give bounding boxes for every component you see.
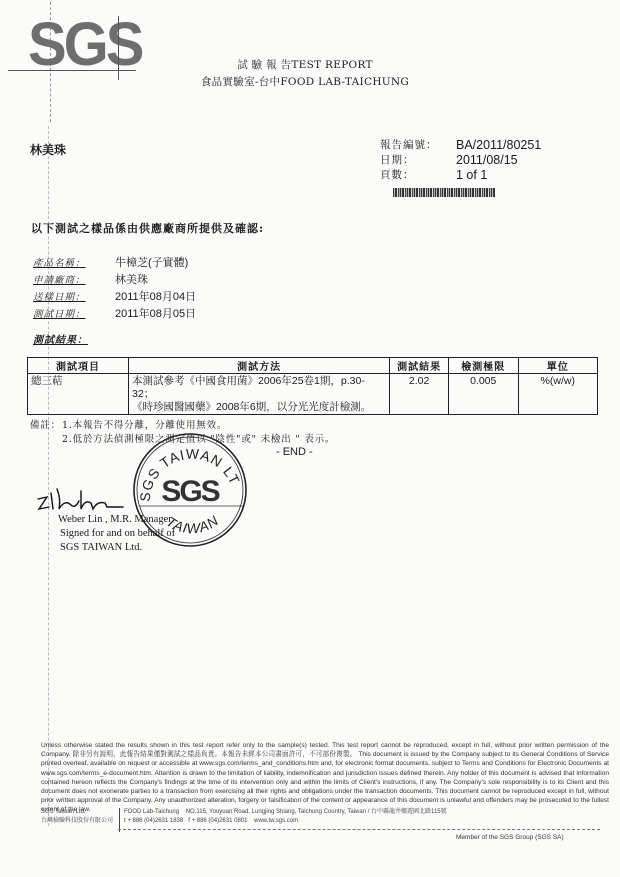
meta-value: 2011/08/15 [456, 153, 518, 167]
logo-rule [8, 70, 136, 71]
handwritten-signature [35, 485, 130, 515]
field-applicant: 申請廠商： 林美珠 [33, 270, 196, 287]
meta-label: 報告編號： [380, 137, 456, 152]
meta-value: BA/2011/80251 [456, 138, 541, 152]
logo-rule-vertical [118, 16, 119, 80]
field-label: 送樣日期： [33, 292, 86, 303]
cell-limit: 0.005 [448, 374, 518, 415]
field-value: 2011年08月05日 [115, 305, 196, 321]
signer-name: Weber Lin , M.R. Manager [58, 513, 175, 527]
footer-fax: f + 886 (04)2631 0801 [188, 818, 247, 824]
table-header-row: 測試項目 測試方法 測試結果 檢測極限 單位 [28, 358, 598, 374]
group-membership: Member of the SGS Group (SGS SA) [456, 834, 564, 841]
field-product-name: 產品名稱： 牛樟芝(子實體) [33, 253, 196, 270]
cell-unit: %(w/w) [518, 374, 598, 415]
sample-fields: 產品名稱： 牛樟芝(子實體) 申請廠商： 林美珠 送樣日期： 2011年08月0… [33, 253, 196, 321]
field-label: 產品名稱： [33, 258, 86, 269]
cell-result: 2.02 [390, 374, 449, 415]
field-value: 林美珠 [115, 271, 148, 287]
report-meta: 報告編號： BA/2011/80251 日期： 2011/08/15 頁數： 1… [380, 137, 541, 182]
table-row: 總三萜 本測試參考《中國食用菌》2006年25卷1期，p.30-32； 《時珍國… [28, 374, 598, 415]
meta-date: 日期： 2011/08/15 [380, 152, 541, 167]
barcode [393, 188, 495, 197]
field-label: 申請廠商： [33, 275, 86, 286]
field-value: 2011年08月04日 [115, 288, 196, 304]
results-heading: 測試結果： [33, 331, 88, 346]
end-mark: - END - [276, 446, 313, 458]
remark-item: 1.本報告不得分離，分離使用無效。 [62, 420, 227, 431]
col-test-item: 測試項目 [28, 358, 129, 374]
footer-lab: FOOD Lab-Taichung [124, 809, 179, 815]
method-line: 《時珍國醫國藥》2008年6期，以分光光度計檢測。 [132, 401, 386, 414]
field-test-date: 測試日期： 2011年08月05日 [33, 304, 196, 321]
meta-report-number: 報告編號： BA/2011/80251 [380, 137, 541, 152]
intro-statement: 以下測試之樣品係由供應廠商所提供及確認: [31, 220, 264, 236]
signer-behalf: Signed for and on behalf of [58, 527, 175, 541]
field-value: 牛樟芝(子實體) [115, 254, 188, 270]
field-label: 測試日期： [33, 309, 86, 320]
footer-rule [118, 829, 600, 830]
col-result: 測試結果 [390, 358, 449, 374]
stamp-center-logo: SGS [161, 475, 219, 508]
col-unit: 單位 [518, 358, 598, 374]
report-title: 試 驗 報 告TEST REPORT 食品實驗室-台中FOOD LAB-TAIC… [200, 57, 410, 91]
footer-address: NO.115, Youyuan Road, Lungjing Shiang, T… [186, 809, 447, 815]
remarks-label: 備註： [30, 419, 62, 433]
signer-company: SGS TAIWAN Ltd. [58, 541, 175, 555]
recipient-name: 林美珠 [30, 141, 66, 158]
legal-disclaimer: Unless otherwise stated the results show… [41, 741, 609, 815]
col-detection-limit: 檢測極限 [448, 358, 518, 374]
cell-method: 本測試參考《中國食用菌》2006年25卷1期，p.30-32； 《時珍國醫國藥》… [129, 374, 390, 415]
meta-value: 1 of 1 [456, 168, 487, 182]
results-table: 測試項目 測試方法 測試結果 檢測極限 單位 總三萜 本測試參考《中國食用菌》2… [27, 357, 598, 415]
footer-phone: t + 886 (04)2631 1838 [124, 818, 183, 824]
meta-label: 日期： [380, 152, 456, 167]
meta-label: 頁數： [380, 167, 456, 182]
signer-block: Weber Lin , M.R. Manager Signed for and … [58, 513, 175, 555]
sgs-logo: SGS [28, 15, 142, 76]
footer-company-en: SGS Taiwan Ltd. [41, 808, 119, 817]
report-title-line1: 試 驗 報 告TEST REPORT [200, 57, 410, 74]
footer-company-zh: 台灣檢驗科技股份有限公司 [41, 817, 119, 826]
method-line: 本測試參考《中國食用菌》2006年25卷1期，p.30-32； [132, 375, 386, 401]
field-received-date: 送樣日期： 2011年08月04日 [33, 287, 196, 304]
report-title-line2: 食品實驗室-台中FOOD LAB-TAICHUNG [200, 74, 410, 91]
meta-pages: 頁數： 1 of 1 [380, 167, 541, 182]
col-test-method: 測試方法 [129, 358, 390, 374]
footer-website[interactable]: www.tw.sgs.com [254, 818, 298, 824]
cell-item: 總三萜 [28, 374, 129, 415]
